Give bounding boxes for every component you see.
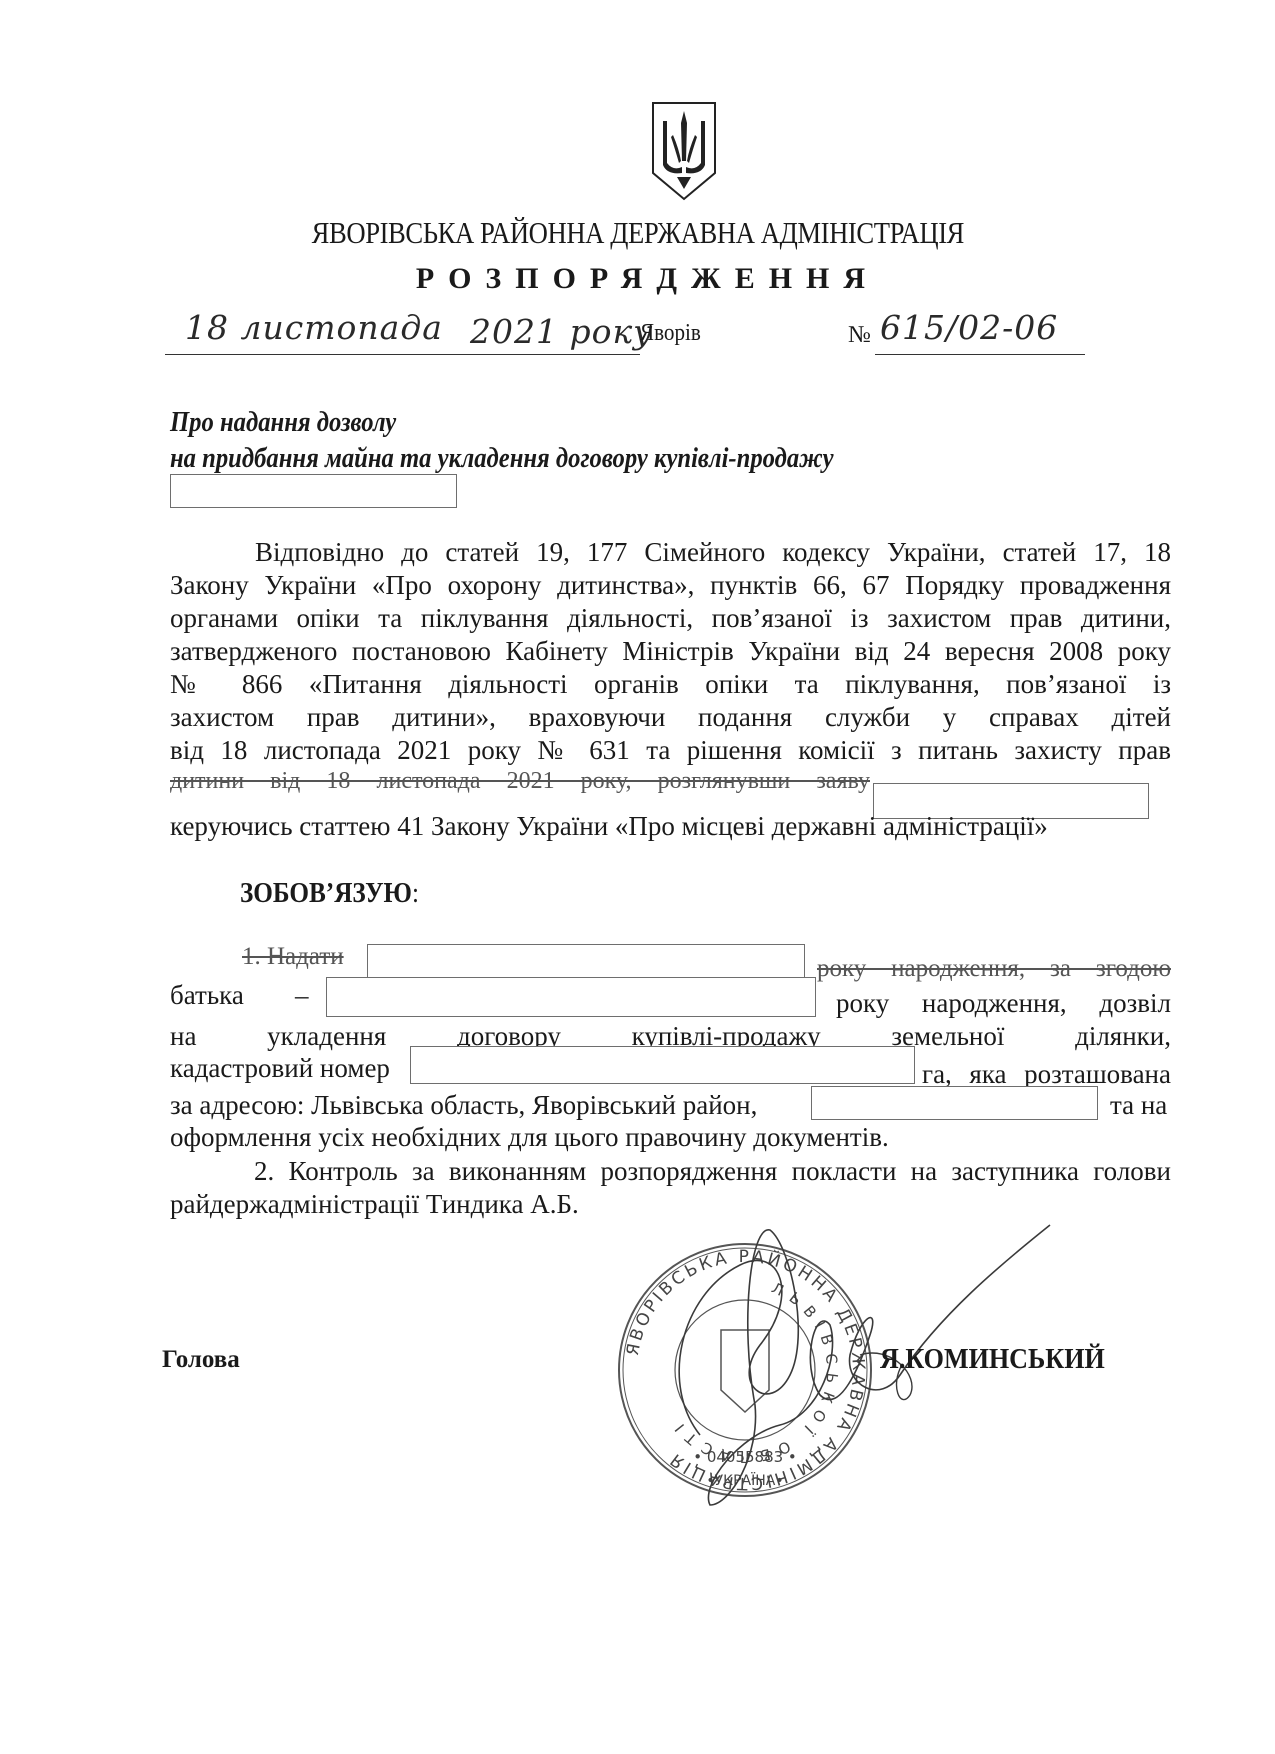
preamble-line-2: Закону України «Про охорону дитинства», … bbox=[170, 570, 1171, 601]
preamble-line-8: дитини від 18 листопада 2021 року, розгл… bbox=[170, 768, 870, 795]
item1-address: за адресою: Львівська область, Яворівськ… bbox=[170, 1090, 757, 1121]
handwritten-date: 18 листопада bbox=[185, 308, 443, 347]
trident-icon bbox=[649, 101, 719, 201]
preamble-line-9: керуючись статтею 41 Закону України «Про… bbox=[170, 811, 1048, 842]
redacted-name-box bbox=[170, 474, 457, 508]
item1-cadastral: кадастровий номер bbox=[170, 1053, 390, 1084]
preamble-line-6: захистом прав дитини», враховуючи поданн… bbox=[170, 702, 1171, 733]
preamble-line-1: Відповідно до статей 19, 177 Сімейного к… bbox=[255, 537, 1171, 568]
subject-line-1: Про надання дозволу bbox=[170, 405, 834, 441]
item2-line-1: 2. Контроль за виконанням розпорядження … bbox=[254, 1156, 1171, 1187]
redacted-child-box bbox=[367, 944, 805, 978]
preamble-line-7: від 18 листопада 2021 року № 631 та ріше… bbox=[170, 735, 1171, 766]
redacted-cadastral-box bbox=[410, 1046, 915, 1084]
item1-and: та на bbox=[1110, 1090, 1167, 1121]
item1-provide: 1. Надати bbox=[242, 943, 344, 971]
city: Яворів bbox=[640, 320, 701, 347]
organization-name: ЯВОРІВСЬКА РАЙОННА ДЕРЖАВНА АДМІНІСТРАЦІ… bbox=[90, 215, 1187, 251]
signatory-role: Голова bbox=[162, 1346, 240, 1374]
item1-birth-consent: року народження, за згодою bbox=[817, 955, 1171, 983]
document-type: РОЗПОРЯДЖЕННЯ bbox=[0, 262, 1275, 296]
number-sign: № bbox=[848, 322, 871, 349]
handwritten-number: 615/02-06 bbox=[880, 308, 1058, 347]
redacted-address-box bbox=[811, 1086, 1098, 1120]
item1-documents: оформлення усіх необхідних для цього пра… bbox=[170, 1122, 889, 1153]
oblige-heading: ЗОБОВ’ЯЗУЮ: bbox=[240, 878, 419, 910]
redacted-father-box bbox=[326, 977, 816, 1017]
preamble-line-5: № 866 «Питання діяльності органів опіки … bbox=[170, 669, 1171, 700]
signatory-name: Я.КОМИНСЬКИЙ bbox=[880, 1343, 1105, 1376]
item1-father: батька bbox=[170, 980, 244, 1011]
item2-line-2: райдержадміністрації Тиндика А.Б. bbox=[170, 1189, 579, 1220]
item1-dash: – bbox=[295, 980, 309, 1011]
item1-birth-permission: року народження, дозвіл bbox=[836, 988, 1171, 1019]
preamble-line-3: органами опіки та піклування діяльності,… bbox=[170, 603, 1171, 634]
subject-title: Про надання дозволу на придбання майна т… bbox=[170, 405, 834, 477]
handwritten-year: 2021 року bbox=[470, 312, 653, 351]
subject-line-2: на придбання майна та укладення договору… bbox=[170, 441, 834, 477]
preamble-line-4: затвердженого постановою Кабінету Мініст… bbox=[170, 636, 1171, 667]
